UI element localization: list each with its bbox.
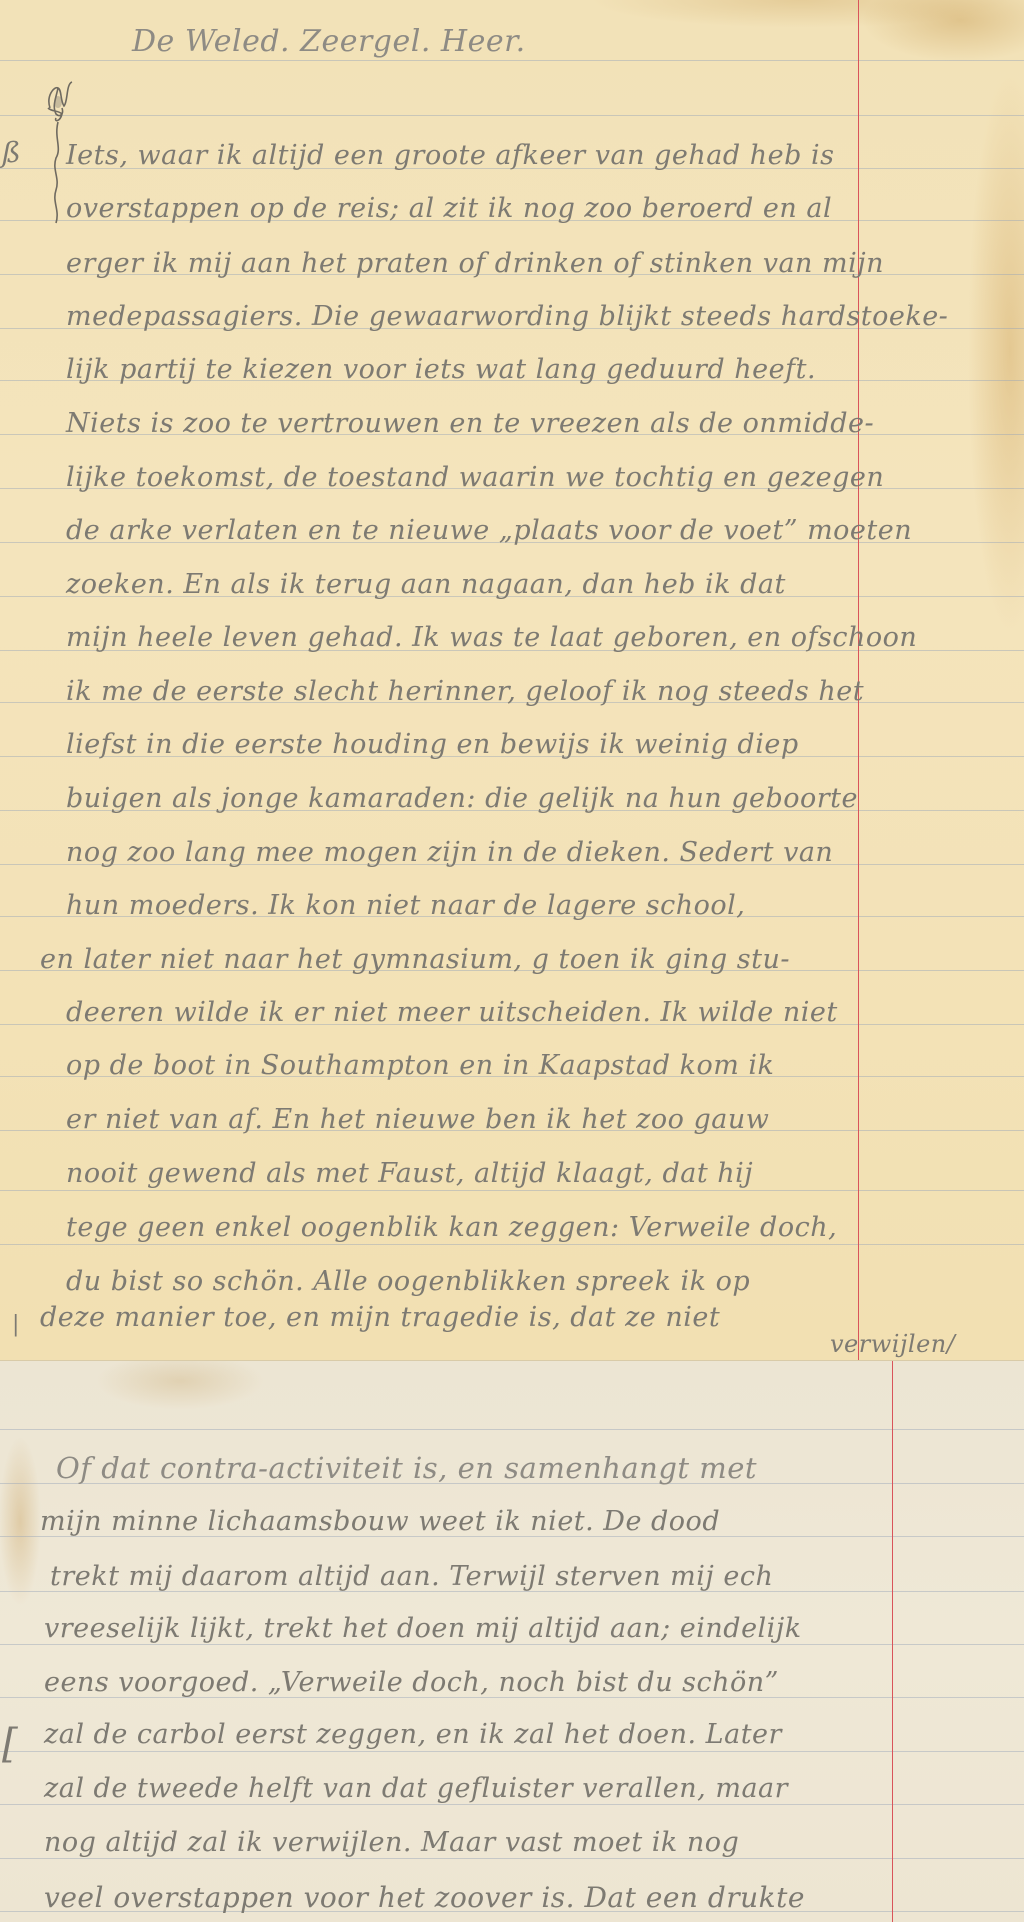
ruled-line (0, 1858, 1024, 1859)
manuscript-page-2: [ Of dat contra-activiteit is, en samenh… (0, 1360, 1024, 1922)
ruled-line (0, 115, 1024, 116)
manuscript-line: Niets is zoo te vertrouwen en te vreezen… (66, 408, 874, 439)
manuscript-line: medepassagiers. Die gewaarwording blijkt… (66, 301, 948, 332)
manuscript-line: lijk partij te kiezen voor iets wat lang… (66, 354, 816, 385)
manuscript-line: er niet van af. En het nieuwe ben ik het… (66, 1104, 769, 1135)
manuscript-line: deze manier toe, en mijn tragedie is, da… (40, 1302, 720, 1333)
ruled-line (0, 1190, 1024, 1191)
manuscript-line: zoeken. En als ik terug aan nagaan, dan … (66, 569, 786, 600)
manuscript-page-1: ß | De Weled. Zeergel. Heer. Iets, waar … (0, 0, 1024, 1360)
manuscript-line: zal de carbol eerst zeggen, en ik zal he… (44, 1719, 782, 1750)
ruled-line (0, 60, 1024, 61)
salutation: De Weled. Zeergel. Heer. (132, 24, 526, 59)
margin-mark: ß (2, 136, 21, 169)
manuscript-line: du bist so schön. Alle oogenblikken spre… (66, 1266, 750, 1297)
manuscript-line: deeren wilde ik er niet meer uitscheiden… (66, 997, 838, 1028)
manuscript-line: mijn minne lichaamsbouw weet ik niet. De… (40, 1506, 720, 1537)
manuscript-line: en later niet naar het gymnasium, g toen… (40, 944, 790, 975)
manuscript-line: Of dat contra-activiteit is, en samenhan… (56, 1451, 757, 1485)
ruled-line (0, 1244, 1024, 1245)
ruled-line (0, 1751, 1024, 1752)
manuscript-line: mijn heele leven gehad. Ik was te laat g… (66, 622, 917, 653)
manuscript-line: eens voorgoed. „Verweile doch, noch bist… (44, 1667, 779, 1698)
manuscript-line: hun moeders. Ik kon niet naar de lagere … (66, 890, 745, 921)
manuscript-line: op de boot in Southampton en in Kaapstad… (66, 1050, 774, 1081)
manuscript-line: nooit gewend als met Faust, altijd klaag… (66, 1158, 753, 1189)
manuscript-line: ik me de eerste slecht herinner, geloof … (66, 676, 864, 707)
manuscript-line: trekt mij daarom altijd aan. Terwijl ste… (50, 1561, 773, 1592)
manuscript-line: veel overstappen voor het zoover is. Dat… (44, 1881, 805, 1914)
margin-mark: | (12, 1312, 19, 1337)
red-margin-line (892, 1361, 893, 1922)
margin-bracket: [ (2, 1721, 18, 1767)
manuscript-line: vreeselijk lijkt, trekt het doen mij alt… (44, 1613, 802, 1644)
manuscript-line: tege geen enkel oogenblik kan zeggen: Ve… (66, 1212, 837, 1243)
ruled-line (0, 1429, 1024, 1430)
ruled-line (0, 1644, 1024, 1645)
manuscript-line: nog zoo lang mee mogen zijn in de dieken… (66, 837, 833, 868)
manuscript-line: de arke verlaten en te nieuwe „plaats vo… (66, 515, 912, 546)
manuscript-line: verwijlen/ (830, 1330, 955, 1358)
manuscript-line: liefst in die eerste houding en bewijs i… (66, 729, 799, 760)
manuscript-line: Iets, waar ik altijd een groote afkeer v… (66, 140, 834, 171)
manuscript-line: overstappen op de reis; al zit ik nog zo… (66, 193, 832, 224)
manuscript-line: zal de tweede helft van dat gefluister v… (44, 1773, 788, 1804)
manuscript-line: nog altijd zal ik verwijlen. Maar vast m… (44, 1827, 739, 1858)
manuscript-line: erger ik mij aan het praten of drinken o… (66, 248, 884, 279)
manuscript-line: buigen als jonge kamaraden: die gelijk n… (66, 783, 858, 814)
manuscript-line: lijke toekomst, de toestand waarin we to… (66, 462, 884, 493)
ruled-line (0, 1804, 1024, 1805)
